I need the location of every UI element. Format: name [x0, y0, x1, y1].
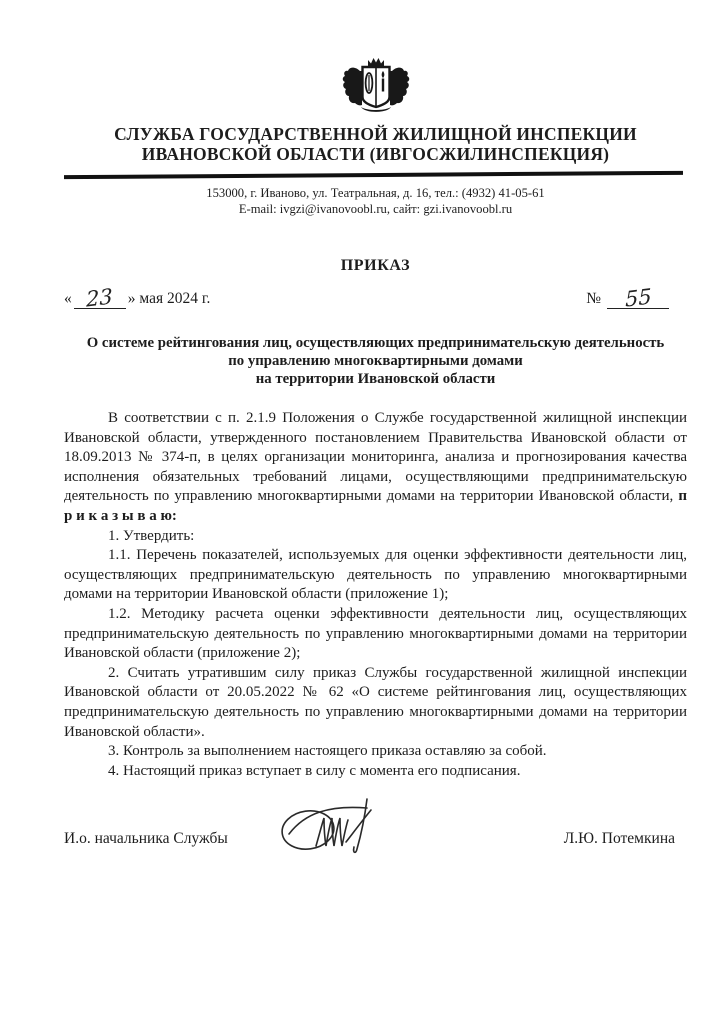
number-label: № — [586, 290, 601, 307]
order-item: 1.2. Методику расчета оценки эффективнос… — [64, 605, 687, 664]
signer-position: И.о. начальника Службы — [64, 802, 228, 848]
order-item: 1.1. Перечень показателей, используемых … — [64, 546, 687, 605]
preamble-paragraph: В соответствии с п. 2.1.9 Положения о Сл… — [64, 409, 687, 527]
order-meta-row: «23» мая 2024 г. №55 — [64, 289, 687, 309]
date-rest: » мая 2024 г. — [128, 290, 211, 307]
handwritten-day: 23 — [86, 289, 113, 306]
order-item: 4. Настоящий приказ вступает в силу с мо… — [64, 762, 687, 782]
org-name-line1: СЛУЖБА ГОСУДАРСТВЕННОЙ ЖИЛИЩНОЙ ИНСПЕКЦИ… — [64, 124, 687, 144]
date-day-blank: 23 — [74, 289, 126, 309]
handwritten-number: 55 — [625, 289, 652, 306]
preamble-text: В соответствии с п. 2.1.9 Положения о Сл… — [64, 410, 687, 504]
subject-line: О системе рейтингования лиц, осуществляю… — [64, 334, 687, 352]
org-name-line2: ИВАНОВСКОЙ ОБЛАСТИ (ИВГОСЖИЛИНСПЕКЦИЯ) — [64, 144, 687, 164]
contact-block: 153000, г. Иваново, ул. Театральная, д. … — [64, 185, 687, 217]
signature-block: И.о. начальника Службы Л.Ю. Потемкина — [64, 793, 687, 857]
address-line: 153000, г. Иваново, ул. Театральная, д. … — [64, 185, 687, 201]
order-body: В соответствии с п. 2.1.9 Положения о Сл… — [64, 409, 687, 781]
order-title: ПРИКАЗ — [64, 257, 687, 275]
order-date: «23» мая 2024 г. — [64, 289, 210, 309]
coat-of-arms-icon — [337, 57, 415, 121]
signer-name: Л.Ю. Потемкина — [564, 802, 687, 848]
date-open-quote: « — [64, 290, 72, 307]
order-item: 3. Контроль за выполнением настоящего пр… — [64, 742, 687, 762]
subject-line: на территории Ивановской области — [64, 370, 687, 388]
order-number: №55 — [586, 289, 669, 309]
number-blank: 55 — [607, 289, 669, 309]
organization-name: СЛУЖБА ГОСУДАРСТВЕННОЙ ЖИЛИЩНОЙ ИНСПЕКЦИ… — [64, 124, 687, 164]
email-site-line: E-mail: ivgzi@ivanovoobl.ru, сайт: gzi.i… — [64, 201, 687, 217]
subject-line: по управлению многоквартирными домами — [64, 352, 687, 370]
header-divider — [64, 171, 683, 179]
document-page: СЛУЖБА ГОСУДАРСТВЕННОЙ ЖИЛИЩНОЙ ИНСПЕКЦИ… — [0, 0, 725, 1024]
order-subject: О системе рейтингования лиц, осуществляю… — [64, 334, 687, 388]
handwritten-signature-icon — [277, 793, 395, 857]
order-item: 1. Утвердить: — [64, 527, 687, 547]
order-item: 2. Считать утратившим силу приказ Службы… — [64, 664, 687, 742]
